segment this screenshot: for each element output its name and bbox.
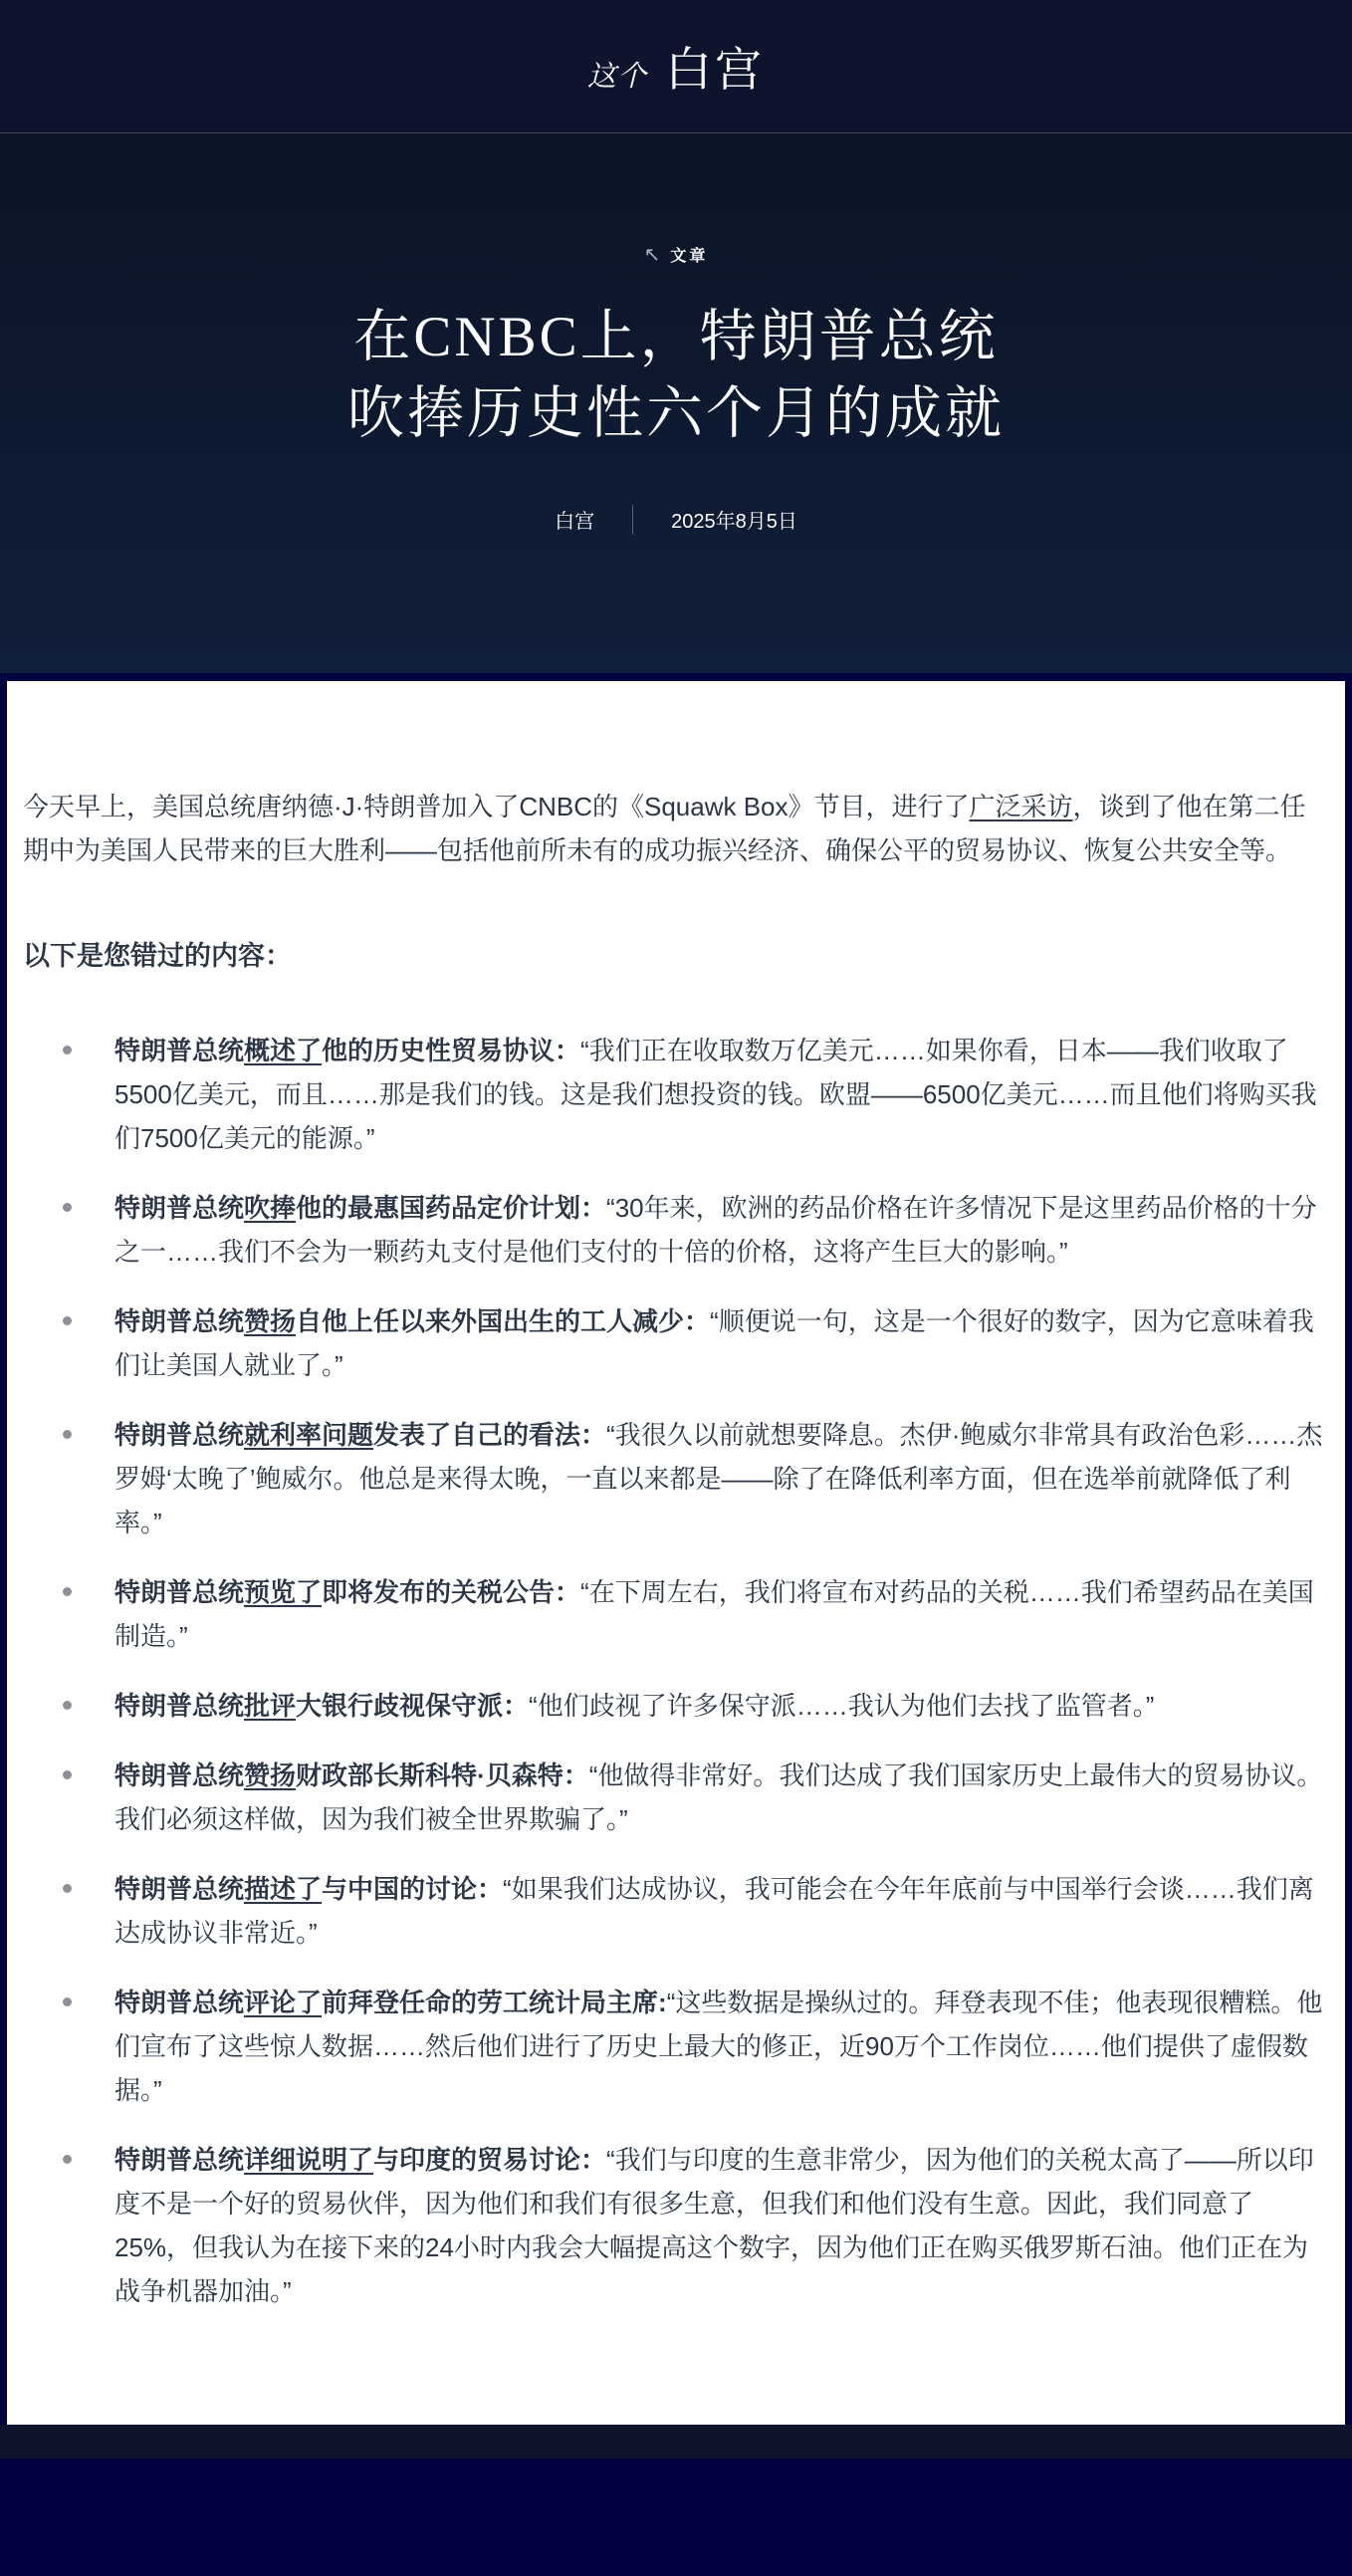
article-hero: ↖ 文章 在CNBC上，特朗普总统 吹捧历史性六个月的成就 白宫 2025年8月… bbox=[0, 132, 1352, 673]
bullet-tail: 前拜登任命的劳工统计局主席: bbox=[322, 1988, 667, 2017]
bullet-lead: 特朗普总统 bbox=[114, 1988, 244, 2017]
bullet-lead: 特朗普总统 bbox=[114, 1036, 244, 1065]
byline: 白宫 2025年8月5日 bbox=[0, 505, 1352, 535]
bullet-link[interactable]: 评论了 bbox=[244, 1988, 322, 2017]
interview-link[interactable]: 广泛采访 bbox=[970, 792, 1073, 821]
top-nav-bar: 这个 白宫 bbox=[0, 0, 1352, 132]
page-title-line1: 在CNBC上，特朗普总统 bbox=[0, 300, 1352, 376]
bullet-tail: 与印度的贸易讨论： bbox=[373, 2145, 606, 2175]
byline-date: 2025年8月5日 bbox=[671, 505, 797, 534]
list-item: 特朗普总统描述了与中国的讨论：“如果我们达成协议，我可能会在今年年底前与中国举行… bbox=[114, 1867, 1329, 1955]
bullet-lead: 特朗普总统 bbox=[114, 1193, 244, 1223]
bullet-lead: 特朗普总统 bbox=[114, 1306, 244, 1336]
byline-author: 白宫 bbox=[555, 505, 594, 534]
list-item: 特朗普总统吹捧他的最惠国药品定价计划：“30年来，欧洲的药品价格在许多情况下是这… bbox=[114, 1186, 1329, 1274]
list-item: 特朗普总统赞扬自他上任以来外国出生的工人减少：“顺便说一句，这是一个很好的数字，… bbox=[114, 1299, 1329, 1387]
logo-main-text: 白宫 bbox=[665, 33, 765, 100]
bullet-link[interactable]: 赞扬 bbox=[244, 1760, 296, 1790]
list-item: 特朗普总统预览了即将发布的关税公告：“在下周左右，我们将宣布对药品的关税……我们… bbox=[114, 1570, 1329, 1658]
intro-paragraph: 今天早上，美国总统唐纳德·J·特朗普加入了CNBC的《Squawk Box》节目… bbox=[23, 785, 1329, 872]
footer-strip bbox=[0, 2425, 1352, 2459]
bullet-tail: 他的最惠国药品定价计划： bbox=[296, 1193, 606, 1223]
bullet-quote: “他们歧视了许多保守派……我认为他们去找了监管者。” bbox=[529, 1691, 1154, 1721]
bullet-link[interactable]: 概述了 bbox=[244, 1036, 322, 1065]
bullet-lead: 特朗普总统 bbox=[114, 1691, 244, 1721]
list-item: 特朗普总统赞扬财政部长斯科特·贝森特：“他做得非常好。我们达成了我们国家历史上最… bbox=[114, 1754, 1329, 1841]
arrow-up-left-icon: ↖ bbox=[644, 245, 661, 265]
bullet-tail: 他的历史性贸易协议： bbox=[322, 1036, 580, 1065]
list-item: 特朗普总统就利率问题发表了自己的看法：“我很久以前就想要降息。杰伊·鲍威尔非常具… bbox=[114, 1413, 1329, 1544]
bullet-tail: 即将发布的关税公告： bbox=[322, 1577, 580, 1607]
bullet-tail: 大银行歧视保守派： bbox=[296, 1691, 529, 1721]
bullet-tail: 与中国的讨论： bbox=[322, 1874, 503, 1904]
bullet-lead: 特朗普总统 bbox=[114, 1420, 244, 1450]
byline-divider bbox=[632, 505, 633, 535]
bullet-tail: 财政部长斯科特·贝森特： bbox=[296, 1760, 589, 1790]
bullet-link[interactable]: 详细说明了 bbox=[244, 2145, 373, 2175]
bullet-link[interactable]: 吹捧 bbox=[244, 1193, 296, 1223]
articles-breadcrumb-label: 文章 bbox=[670, 243, 708, 266]
page-title-line2: 吹捧历史性六个月的成就 bbox=[0, 376, 1352, 453]
list-item: 特朗普总统批评大银行歧视保守派：“他们歧视了许多保守派……我认为他们去找了监管者… bbox=[114, 1684, 1329, 1728]
page-title: 在CNBC上，特朗普总统 吹捧历史性六个月的成就 bbox=[0, 300, 1352, 453]
bullet-tail: 自他上任以来外国出生的工人减少： bbox=[296, 1306, 710, 1336]
article-body-card: 今天早上，美国总统唐纳德·J·特朗普加入了CNBC的《Squawk Box》节目… bbox=[7, 681, 1345, 2425]
highlights-list: 特朗普总统概述了他的历史性贸易协议：“我们正在收取数万亿美元……如果你看，日本—… bbox=[23, 1029, 1329, 2313]
bullet-link[interactable]: 就利率问题 bbox=[244, 1420, 373, 1450]
bullet-lead: 特朗普总统 bbox=[114, 1760, 244, 1790]
bullet-tail: 发表了自己的看法： bbox=[373, 1420, 606, 1450]
list-item: 特朗普总统概述了他的历史性贸易协议：“我们正在收取数万亿美元……如果你看，日本—… bbox=[114, 1029, 1329, 1160]
bullet-link[interactable]: 预览了 bbox=[244, 1577, 322, 1607]
bullet-lead: 特朗普总统 bbox=[114, 1577, 244, 1607]
list-heading: 以下是您错过的内容： bbox=[23, 934, 1329, 973]
logo-prefix-text: 这个 bbox=[587, 54, 647, 95]
bullet-link[interactable]: 批评 bbox=[244, 1691, 296, 1721]
bullet-lead: 特朗普总统 bbox=[114, 2145, 244, 2175]
bullet-link[interactable]: 赞扬 bbox=[244, 1306, 296, 1336]
intro-text-before-link: 今天早上，美国总统唐纳德·J·特朗普加入了CNBC的《Squawk Box》节目… bbox=[23, 792, 970, 821]
whitehouse-logo[interactable]: 这个 白宫 bbox=[587, 33, 765, 100]
list-item: 特朗普总统详细说明了与印度的贸易讨论：“我们与印度的生意非常少，因为他们的关税太… bbox=[114, 2138, 1329, 2313]
bullet-lead: 特朗普总统 bbox=[114, 1874, 244, 1904]
list-item: 特朗普总统评论了前拜登任命的劳工统计局主席:“这些数据是操纵过的。拜登表现不佳；… bbox=[114, 1981, 1329, 2112]
articles-breadcrumb-link[interactable]: ↖ 文章 bbox=[644, 243, 709, 266]
bullet-link[interactable]: 描述了 bbox=[244, 1874, 322, 1904]
